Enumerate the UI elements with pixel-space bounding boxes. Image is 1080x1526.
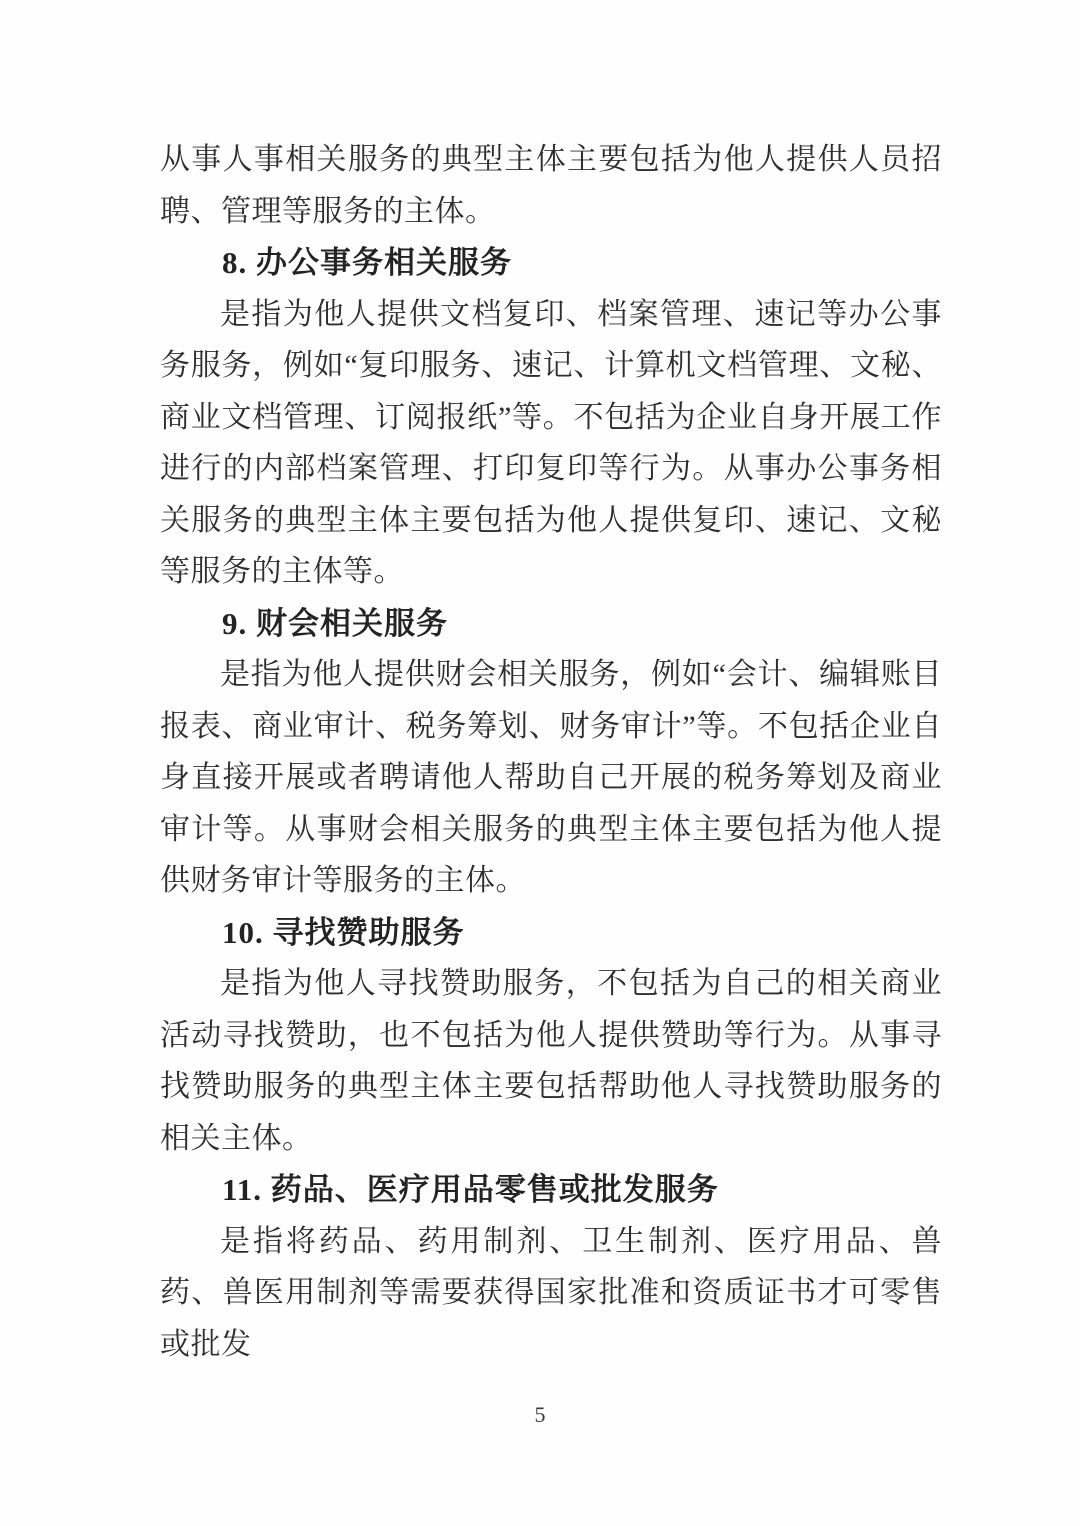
paragraph-accounting-services: 是指为他人提供财会相关服务，例如“会计、编辑账目报表、商业审计、税务筹划、财务审… — [160, 649, 942, 907]
paragraph-office-services: 是指为他人提供文档复印、档案管理、速记等办公事务服务，例如“复印服务、速记、计算… — [160, 289, 942, 598]
section-heading-11-pharmaceutical-retail-services: 11. 药品、医疗用品零售或批发服务 — [160, 1164, 942, 1216]
paragraph-sponsorship-services: 是指为他人寻找赞助服务，不包括为自己的相关商业活动寻找赞助，也不包括为他人提供赞… — [160, 958, 942, 1164]
page-number: 5 — [0, 1402, 1080, 1428]
paragraph-personnel-services-continuation: 从事人事相关服务的典型主体主要包括为他人提供人员招聘、管理等服务的主体。 — [160, 134, 942, 237]
document-body: 从事人事相关服务的典型主体主要包括为他人提供人员招聘、管理等服务的主体。 8. … — [160, 134, 942, 1370]
section-heading-8-office-services: 8. 办公事务相关服务 — [160, 237, 942, 289]
section-heading-10-sponsorship-services: 10. 寻找赞助服务 — [160, 907, 942, 959]
section-heading-9-accounting-services: 9. 财会相关服务 — [160, 598, 942, 650]
document-page: 从事人事相关服务的典型主体主要包括为他人提供人员招聘、管理等服务的主体。 8. … — [0, 0, 1080, 1526]
paragraph-pharmaceutical-retail-services: 是指将药品、药用制剂、卫生制剂、医疗用品、兽药、兽医用制剂等需要获得国家批准和资… — [160, 1216, 942, 1371]
